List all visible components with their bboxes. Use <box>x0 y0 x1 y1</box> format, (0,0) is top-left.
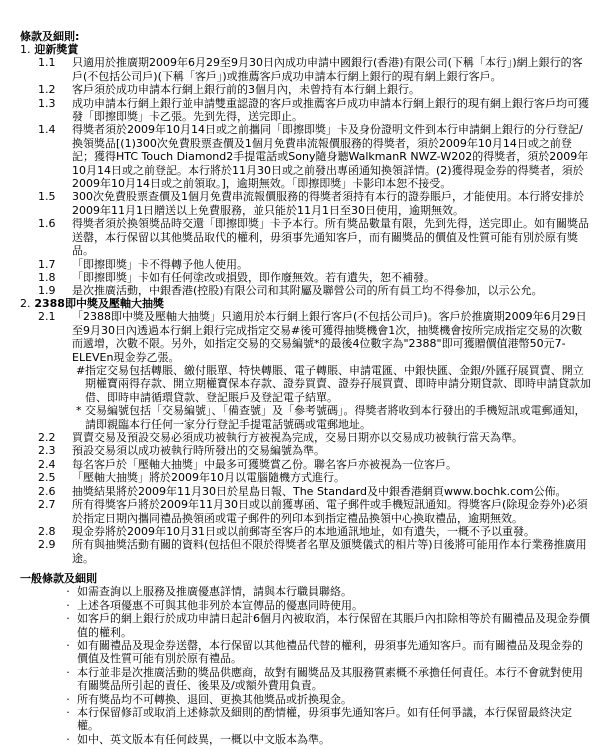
section-2388-lucky-draw: 2. 2388即中獎及壓軸大抽獎 2.1「2388即中獎及壓軸大抽獎」只適用於本… <box>20 297 592 565</box>
clause-1-3: 1.3成功申請本行網上銀行並申請雙重認證的客戶或推薦客戶成功申請本行網上銀行的現… <box>20 97 592 124</box>
general-term: ·如中、英文版本有任何歧異，一概以中文版本為準。 <box>20 733 592 746</box>
general-term: ·本行保留修訂或取消上述條款及細則的酌情權，毋須事先通知客戶。如有任何爭議，本行… <box>20 706 592 733</box>
clause-2-4: 2.4每名客戶於「壓軸大抽獎」中最多可獲獎賞乙份。聯名客戶亦被視為一位客戶。 <box>20 458 592 471</box>
clause-2-6: 2.6抽獎結果將於2009年11月30日於星島日報、The Standard及中… <box>20 485 592 498</box>
clause-2-9: 2.9所有與抽獎活動有關的資料(包括但不限於得獎者名單及頒獎儀式的相片等)日後將… <box>20 538 592 565</box>
section-heading: 2. 2388即中獎及壓軸大抽獎 <box>20 297 592 310</box>
general-term: ·如客戶的網上銀行於成功申請日起計6個月內被取消，本行保留在其賬戶內扣除相等於有… <box>20 612 592 639</box>
clause-2-5: 2.5「壓軸大抽獎」將於2009年10月以電腦隨機方式進行。 <box>20 471 592 484</box>
clause-1-9: 1.9是次推廣活動，中銀香港(控股)有限公司和其附屬及聯營公司的所有員工均不得參… <box>20 284 592 297</box>
section-heading: 一般條款及細則 <box>20 572 592 585</box>
clause-2-7: 2.7所有得獎客戶將於2009年11月30日或以前獲專函、電子郵件或手機短訊通知… <box>20 498 592 525</box>
clause-1-6: 1.6得獎者須於換領獎品時交還「即擦即獎」卡予本行。所有獎品數量有限，先到先得，… <box>20 217 592 257</box>
clause-2-8: 2.8現金券將於2009年10月31日或以前郵寄至客戶的本地通訊地址，如有遺失，… <box>20 525 592 538</box>
clause-2-2: 2.2買賣交易及預設交易必須成功被執行方被視為完成，交易日期亦以交易成功被執行當… <box>20 431 592 444</box>
section-heading: 1. 迎新獎賞 <box>20 43 592 56</box>
clause-2-1: 2.1「2388即中獎及壓軸大抽獎」只適用於本行網上銀行客戶(不包括公司戶)。客… <box>20 310 592 364</box>
clause-1-5: 1.5300次免費股票查價及1個月免費串流報價服務的得獎者須持有本行的證券賬戶，… <box>20 190 592 217</box>
clause-1-2: 1.2客戶須於成功申請本行網上銀行前的3個月內，未曾持有本行網上銀行。 <box>20 83 592 96</box>
clause-1-1: 1.1只適用於推廣期2009年6月29至9月30日內成功申請中國銀行(香港)有限… <box>20 56 592 83</box>
note-transaction-number: *交易編號包括「交易編號」、「備查號」及「參考號碼」。得獎者將收到本行發出的手機… <box>20 404 592 431</box>
general-term: ·所有獎品均不可轉換、退回、更換其他獎品或折換現金。 <box>20 693 592 706</box>
general-term: ·如需查詢以上服務及推廣優惠詳情，請與本行職員聯絡。 <box>20 585 592 598</box>
clause-1-4: 1.4得獎者須於2009年10月14日或之前攜同「即擦即獎」卡及身份證明文件到本… <box>20 123 592 190</box>
clause-1-8: 1.8「即擦即獎」卡如有任何塗改或損毀，即作廢無效。若有遺失，恕不補發。 <box>20 271 592 284</box>
general-term: ·本行並非是次推廣活動的獎品供應商，故對有關獎品及其服務質素概不承擔任何責任。本… <box>20 666 592 693</box>
note-designated-transactions: #指定交易包括轉賬、繳付賬單、特快轉賬、電子轉賬、申請電匯、中銀快匯、金銀/外匯… <box>20 364 592 404</box>
general-term: ·如有關禮品及現金券送罄，本行保留以其他禮品代替的權利，毋須事先通知客戶。而有關… <box>20 639 592 666</box>
clause-2-3: 2.3預設交易須以成功被執行時所發出的交易編號為準。 <box>20 444 592 457</box>
document-title: 條款及細則: <box>20 30 79 43</box>
section-general-terms: 一般條款及細則 ·如需查詢以上服務及推廣優惠詳情，請與本行職員聯絡。 ·上述各項… <box>20 572 592 746</box>
clause-1-7: 1.7「即擦即獎」卡不得轉予他人使用。 <box>20 258 592 271</box>
general-term: ·上述各項優惠不可與其他非列於本宣傳品的優惠同時使用。 <box>20 599 592 612</box>
section-welcome-reward: 1. 迎新獎賞 1.1只適用於推廣期2009年6月29至9月30日內成功申請中國… <box>20 43 592 298</box>
